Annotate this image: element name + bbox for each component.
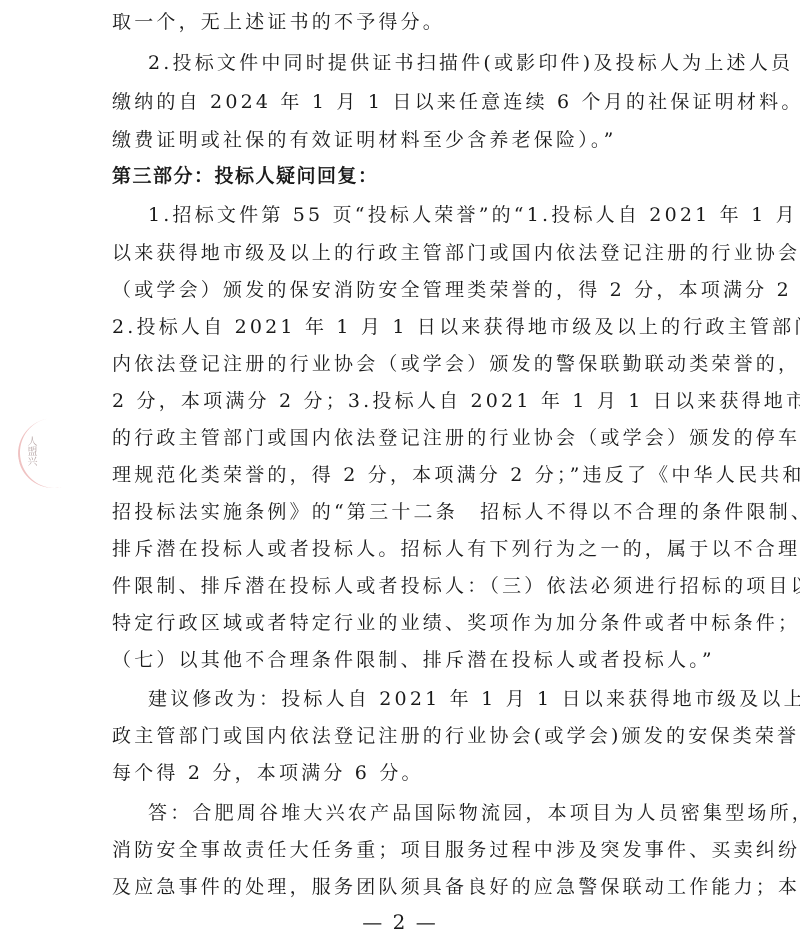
seal-text: 人盟兴: [24, 436, 36, 466]
text-line: 招投标法实施条例》的“第三十二条 招标人不得以不合理的条件限制、: [112, 494, 680, 531]
text-line: 答：合肥周谷堆大兴农产品国际物流园，本项目为人员密集型场所，: [112, 795, 680, 832]
text-line: 以来获得地市级及以上的行政主管部门或国内依法登记注册的行业协会: [112, 235, 680, 272]
text-line: 理规范化类荣誉的，得 2 分，本项满分 2 分；”违反了《中华人民共和国: [112, 457, 680, 494]
text-line: 2.投标人自 2021 年 1 月 1 日以来获得地市级及以上的行政主管部门或国: [112, 309, 680, 346]
text-line: 取一个，无上述证书的不予得分。: [112, 4, 680, 41]
text-line: （或学会）颁发的保安消防安全管理类荣誉的，得 2 分，本项满分 2 分；: [112, 272, 680, 309]
text-line: 1.招标文件第 55 页“投标人荣誉”的“1.投标人自 2021 年 1 月 1…: [112, 197, 680, 234]
text-line: 内依法登记注册的行业协会（或学会）颁发的警保联勤联动类荣誉的，得: [112, 346, 680, 383]
text-line: 排斥潜在投标人或者投标人。招标人有下列行为之一的，属于以不合理条: [112, 531, 680, 568]
text-line: 缴纳的自 2024 年 1 月 1 日以来任意连续 6 个月的社保证明材料。（社…: [112, 84, 680, 121]
text-line: 及应急事件的处理，服务团队须具备良好的应急警保联动工作能力；本项: [112, 869, 680, 906]
text-line: 2.投标文件中同时提供证书扫描件(或影印件)及投标人为上述人员: [112, 45, 680, 82]
text-line: （七）以其他不合理条件限制、排斥潜在投标人或者投标人。”: [112, 642, 680, 679]
text-line: 消防安全事故责任大任务重；项目服务过程中涉及突发事件、买卖纠纷以: [112, 832, 680, 869]
text-line: 2 分，本项满分 2 分；3.投标人自 2021 年 1 月 1 日以来获得地市…: [112, 383, 680, 420]
text-line: 缴费证明或社保的有效证明材料至少含养老保险）。”: [112, 122, 680, 159]
text-line: 件限制、排斥潜在投标人或者投标人：（三）依法必须进行招标的项目以: [112, 568, 680, 605]
text-line: 的行政主管部门或国内依法登记注册的行业协会（或学会）颁发的停车管: [112, 420, 680, 457]
page-number: — 2 —: [0, 910, 800, 934]
text-line: 建议修改为：投标人自 2021 年 1 月 1 日以来获得地市级及以上的行: [112, 681, 680, 718]
text-line: 政主管部门或国内依法登记注册的行业协会(或学会)颁发的安保类荣誉，: [112, 718, 680, 755]
section-heading: 第三部分：投标人疑问回复：: [112, 158, 680, 195]
seal-stamp-fragment: 人盟兴: [18, 418, 44, 488]
text-line: 特定行政区域或者特定行业的业绩、奖项作为加分条件或者中标条件；: [112, 605, 680, 642]
text-line: 每个得 2 分，本项满分 6 分。: [112, 755, 680, 792]
